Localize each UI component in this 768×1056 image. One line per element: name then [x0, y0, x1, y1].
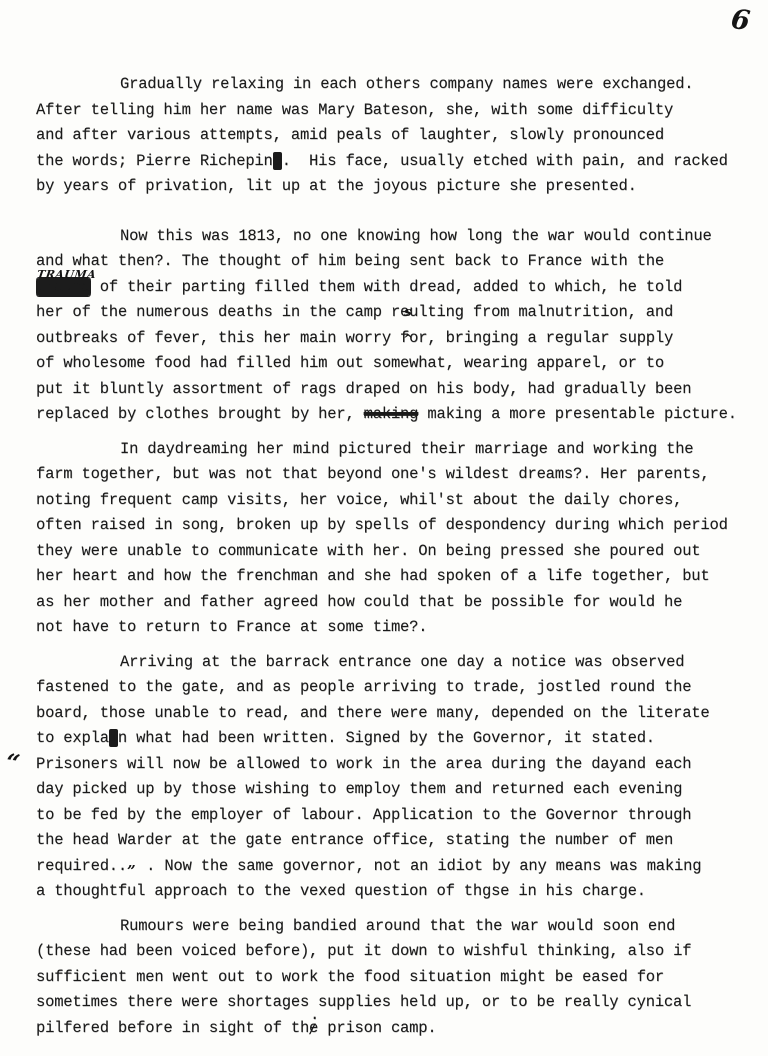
- text-line: put it bluntly assortment of rags draped…: [36, 377, 746, 403]
- typed-text: pilfered before in sight of the prison c…: [36, 1019, 436, 1037]
- typed-text: noting frequent camp visits, her voice, …: [36, 491, 682, 509]
- typed-text: of wholesome food had filled him out som…: [36, 354, 664, 372]
- text-line: and what then?. The thought of him being…: [36, 249, 746, 275]
- text-line: her heart and how the frenchman and she …: [36, 564, 746, 590]
- typed-text: making a more presentable picture.: [418, 405, 737, 423]
- text-line: by years of privation, lit up at the joy…: [36, 174, 746, 200]
- typed-text: n what had been written. Signed by the G…: [118, 729, 655, 747]
- text-line: sufficient men went out to work the food…: [36, 965, 746, 991]
- text-line: traumaTRAUMA of their parting filled the…: [36, 275, 746, 301]
- text-line: the head Warder at the gate entrance off…: [36, 828, 746, 854]
- paragraph: Gradually relaxing in each others compan…: [36, 72, 746, 200]
- text-line: pilfered before in sight of the prison c…: [36, 1016, 746, 1042]
- text-line: sometimes there were shortages·/supplies…: [36, 990, 746, 1016]
- text-line: noting frequent camp visits, her voice, …: [36, 488, 746, 514]
- text-line: often raised in song, broken up by spell…: [36, 513, 746, 539]
- typed-text: day picked up by those wishing to employ…: [36, 780, 682, 798]
- text-line: In daydreaming her mind pictured their m…: [36, 437, 746, 463]
- typed-text: In daydreaming her mind pictured their m…: [120, 440, 693, 458]
- typed-text: sufficient men went out to work the food…: [36, 968, 664, 986]
- typed-text: Arriving at the barrack entrance one day…: [120, 653, 684, 671]
- text-line: Rumours were being bandied around that t…: [36, 914, 746, 940]
- typed-text: Gradually relaxing in each others compan…: [120, 75, 693, 93]
- text-line: farm together, but was not that beyond o…: [36, 462, 746, 488]
- typed-text: . His face, usually etched with pain, an…: [282, 152, 728, 170]
- text-line: to explain what had been written. Signed…: [36, 726, 746, 752]
- document-body: Gradually relaxing in each others compan…: [36, 72, 746, 1041]
- paragraph: Now this was 1813, no one knowing how lo…: [36, 224, 746, 428]
- typed-text: and what then?. The thought of him being…: [36, 252, 664, 270]
- typed-text: to be fed by the employer of labour. App…: [36, 806, 691, 824]
- typed-text: often raised in song, broken up by spell…: [36, 516, 728, 534]
- typed-text: not have to return to France at some tim…: [36, 618, 427, 636]
- text-line: the words; Pierre Richepine. His face, u…: [36, 149, 746, 175]
- typed-text: After telling him her name was Mary Bate…: [36, 101, 673, 119]
- handwritten-close-quote: ”: [127, 859, 136, 885]
- handwritten-comma: /: [310, 1017, 315, 1043]
- typed-text: ulting from malnutrition, and: [409, 303, 673, 321]
- text-line: (these had been voiced before), put it d…: [36, 939, 746, 965]
- typed-text: board, those unable to read, and there w…: [36, 704, 710, 722]
- typed-text: of their parting filled them with dread,…: [91, 278, 683, 296]
- paragraph: Arriving at the barrack entrance one day…: [36, 650, 746, 752]
- text-line: as her mother and father agreed how coul…: [36, 590, 746, 616]
- inserted-letter: s: [404, 300, 411, 326]
- typed-text: outbreaks of fever, this her main worry …: [36, 329, 673, 347]
- text-line: they were unable to communicate with her…: [36, 539, 746, 565]
- paragraph: Rumours were being bandied around that t…: [36, 914, 746, 1042]
- typed-text: the words; Pierre Richepin: [36, 152, 273, 170]
- manuscript-page: 6 “ Gradually relaxing in each others co…: [0, 0, 768, 1056]
- typed-text: replaced by clothes brought by her,: [36, 405, 364, 423]
- text-line: fastened to the gate, and as people arri…: [36, 675, 746, 701]
- typed-text: the head Warder at the gate entrance off…: [36, 831, 673, 849]
- typed-text: Now this was 1813, no one knowing how lo…: [120, 227, 712, 245]
- handwritten-correction-note: TRAUMA: [35, 262, 98, 288]
- ink-blot: i: [109, 729, 118, 747]
- typed-text: by years of privation, lit up at the joy…: [36, 177, 637, 195]
- typed-text: . Now the same governor, not an idiot by…: [137, 857, 701, 875]
- text-line: outbreaks of fever, this her main worry …: [36, 326, 746, 352]
- typed-text: sometimes there were shortages: [36, 993, 309, 1011]
- text-line: day picked up by those wishing to employ…: [36, 777, 746, 803]
- text-line: Prisoners will now be allowed to work in…: [36, 752, 746, 778]
- text-line: After telling him her name was Mary Bate…: [36, 98, 746, 124]
- handwritten-page-number: 6: [729, 5, 751, 37]
- typed-text: they were unable to communicate with her…: [36, 542, 700, 560]
- typed-text: put it bluntly assortment of rags draped…: [36, 380, 691, 398]
- text-line: Now this was 1813, no one knowing how lo…: [36, 224, 746, 250]
- text-line: to be fed by the employer of labour. App…: [36, 803, 746, 829]
- text-line: board, those unable to read, and there w…: [36, 701, 746, 727]
- paragraph: Prisoners will now be allowed to work in…: [36, 752, 746, 905]
- typed-text: supplies held up, or to be really cynica…: [318, 993, 691, 1011]
- typed-text: Rumours were being bandied around that t…: [120, 917, 675, 935]
- handwritten-open-quote: “: [4, 747, 22, 778]
- typed-text: and after various attempts, amid peals o…: [36, 126, 664, 144]
- typed-text: her heart and how the frenchman and she …: [36, 567, 710, 585]
- typed-text: to expla: [36, 729, 109, 747]
- text-line: required..” . Now the same governor, not…: [36, 854, 746, 880]
- caret-mark: ^: [403, 327, 413, 353]
- paragraph: In daydreaming her mind pictured their m…: [36, 437, 746, 641]
- text-line: Gradually relaxing in each others compan…: [36, 72, 746, 98]
- typed-text: farm together, but was not that beyond o…: [36, 465, 710, 483]
- typed-text: required..: [36, 857, 127, 875]
- text-line: replaced by clothes brought by her, maki…: [36, 402, 746, 428]
- text-line: a thoughtful approach to the vexed quest…: [36, 879, 746, 905]
- typed-text: fastened to the gate, and as people arri…: [36, 678, 691, 696]
- typed-text: a thoughtful approach to the vexed quest…: [36, 882, 646, 900]
- text-line: Arriving at the barrack entrance one day…: [36, 650, 746, 676]
- text-line: her of the numerous deaths in the camp r…: [36, 300, 746, 326]
- text-line: of wholesome food had filled him out som…: [36, 351, 746, 377]
- typed-text: her of the numerous deaths in the camp r…: [36, 303, 409, 321]
- typed-text: as her mother and father agreed how coul…: [36, 593, 682, 611]
- typed-text: (these had been voiced before), put it d…: [36, 942, 691, 960]
- typed-text: Prisoners will now be allowed to work in…: [36, 755, 691, 773]
- ink-blot: e: [273, 152, 282, 170]
- text-line: not have to return to France at some tim…: [36, 615, 746, 641]
- struck-out-word: traumaTRAUMA: [36, 275, 91, 301]
- strikethrough-word: making: [364, 405, 419, 423]
- text-line: and after various attempts, amid peals o…: [36, 123, 746, 149]
